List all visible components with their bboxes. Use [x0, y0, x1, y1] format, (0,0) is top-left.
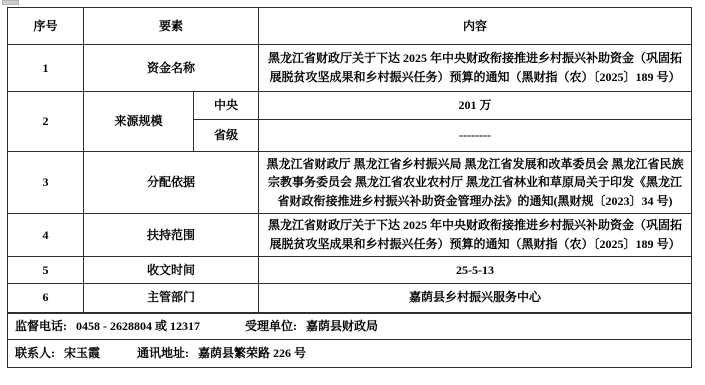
- support-scope-value: 黑龙江省财政厅关于下达 2025 年中央财政衔接推进乡村振兴补助资金（巩固拓展脱…: [259, 214, 692, 257]
- table-row-receive-date: 5 收文时间 25-5-13: [8, 257, 692, 284]
- row-no: 2: [8, 92, 84, 152]
- row-label: 收文时间: [84, 257, 259, 284]
- row-label: 扶持范围: [84, 214, 259, 257]
- contact-label: 联系人:: [15, 346, 55, 360]
- contact-name-value: 宋玉霞: [64, 346, 100, 360]
- competent-dept-value: 嘉荫县乡村振兴服务中心: [259, 284, 692, 313]
- window-corner-artifact: [2, 0, 19, 5]
- row-label: 分配依据: [84, 152, 259, 214]
- address-value: 嘉荫县繁荣路 226 号: [198, 346, 306, 360]
- sub-label-provincial: 省级: [194, 120, 259, 152]
- central-amount-value: 201 万: [259, 92, 692, 120]
- row-no: 3: [8, 152, 84, 214]
- row-label: 主管部门: [84, 284, 259, 313]
- supervision-row-cell: 监督电话: 0458 - 2628804 或 12317 受理单位: 嘉荫县财政…: [8, 313, 692, 340]
- provincial-amount-value: --------: [259, 120, 692, 152]
- accepting-unit-value: 嘉荫县财政局: [306, 319, 378, 333]
- row-no: 1: [8, 45, 84, 92]
- sub-label-central: 中央: [194, 92, 259, 120]
- allocation-basis-value: 黑龙江省财政厅 黑龙江省乡村振兴局 黑龙江省发展和改革委员会 黑龙江省民族宗教事…: [259, 152, 692, 214]
- table-row-competent-dept: 6 主管部门 嘉荫县乡村振兴服务中心: [8, 284, 692, 313]
- row-no: 5: [8, 257, 84, 284]
- row-label: 资金名称: [84, 45, 259, 92]
- col-header-no: 序号: [8, 8, 84, 45]
- table-row-support-scope: 4 扶持范围 黑龙江省财政厅关于下达 2025 年中央财政衔接推进乡村振兴补助资…: [8, 214, 692, 257]
- row-no: 6: [8, 284, 84, 313]
- footer-row-contact: 联系人: 宋玉霞 通讯地址: 嘉荫县繁荣路 226 号: [8, 340, 692, 368]
- col-header-element: 要素: [84, 8, 259, 45]
- row-label: 来源规模: [84, 92, 194, 152]
- fund-info-table: 序号 要素 内容 1 资金名称 黑龙江省财政厅关于下达 2025 年中央财政衔接…: [7, 7, 692, 368]
- supervision-phone-label: 监督电话:: [15, 319, 67, 333]
- accepting-unit-label: 受理单位:: [245, 319, 297, 333]
- row-no: 4: [8, 214, 84, 257]
- footer-row-supervision: 监督电话: 0458 - 2628804 或 12317 受理单位: 嘉荫县财政…: [8, 313, 692, 340]
- receive-date-value: 25-5-13: [259, 257, 692, 284]
- header-row: 序号 要素 内容: [8, 8, 692, 45]
- supervision-phone-value: 0458 - 2628804 或 12317: [76, 319, 200, 333]
- table-row-fund-name: 1 资金名称 黑龙江省财政厅关于下达 2025 年中央财政衔接推进乡村振兴补助资…: [8, 45, 692, 92]
- table-row-allocation-basis: 3 分配依据 黑龙江省财政厅 黑龙江省乡村振兴局 黑龙江省发展和改革委员会 黑龙…: [8, 152, 692, 214]
- col-header-content: 内容: [259, 8, 692, 45]
- table-row-source-central: 2 来源规模 中央 201 万: [8, 92, 692, 120]
- contact-row-cell: 联系人: 宋玉霞 通讯地址: 嘉荫县繁荣路 226 号: [8, 340, 692, 368]
- address-label: 通讯地址:: [137, 346, 189, 360]
- fund-name-value: 黑龙江省财政厅关于下达 2025 年中央财政衔接推进乡村振兴补助资金（巩固拓展脱…: [259, 45, 692, 92]
